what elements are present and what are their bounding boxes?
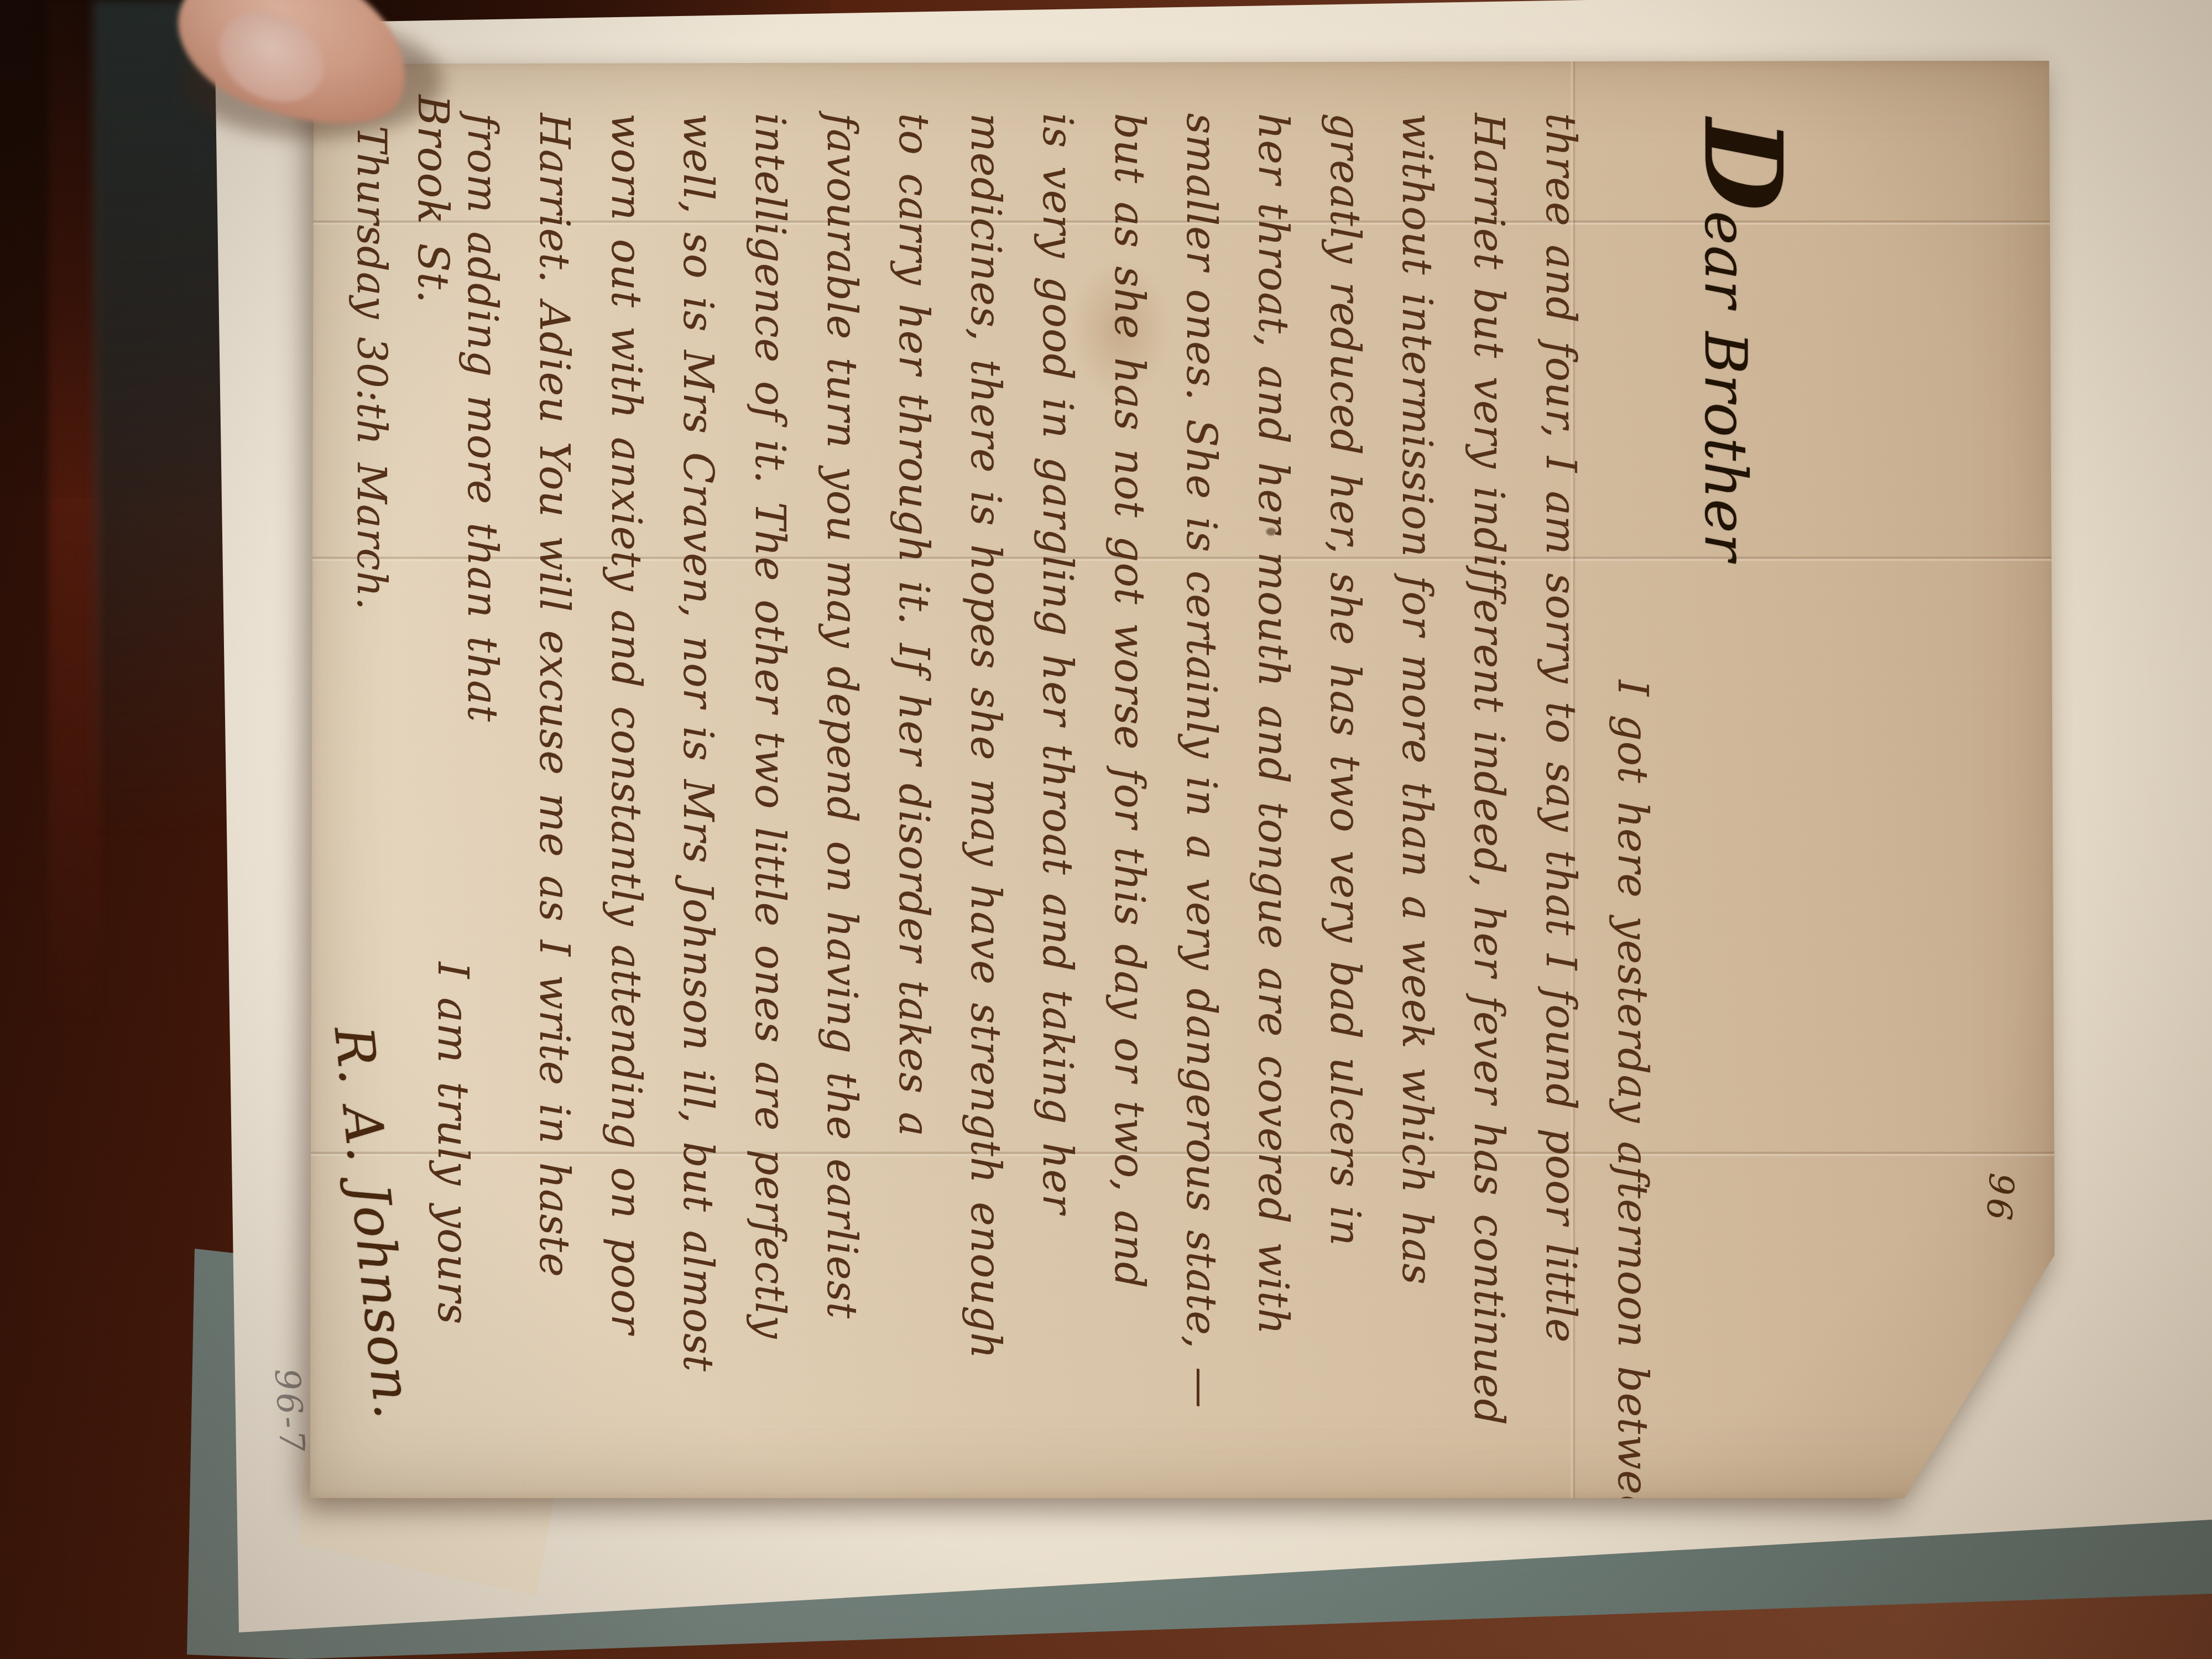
dateline-date: Thursday 30:th March. (348, 126, 395, 611)
letter-line: medicines, there is hopes she may have s… (950, 113, 1021, 1360)
letter-line: intelligence of it. The other two little… (734, 113, 805, 1339)
letter-line: worn out with anxiety and constantly att… (591, 113, 661, 1335)
letter-line: smaller ones. She is certainly in a very… (1166, 113, 1237, 1409)
letter-line: to carry her through it. If her disorder… (878, 113, 949, 1137)
photograph-of-letter: 96-7 96 Dear Brother I got here yesterda… (0, 0, 2212, 1659)
dateline-place: Brook St. (409, 95, 458, 304)
closing-phrase: I am truly yours (429, 962, 478, 1325)
letter-line: Harriet. Adieu You will excuse me as I w… (519, 113, 589, 1277)
letter-line: I got here yesterday afternoon between (1597, 680, 1668, 1547)
letter-line: is very good in gargling her throat and … (1022, 113, 1093, 1214)
letter-paper: 96 Dear Brother I got here yesterday aft… (310, 61, 2055, 1499)
letter-line: greatly reduced her, she has two very ba… (1310, 113, 1380, 1246)
letter-line: Harriet but very indifferent indeed, her… (1453, 113, 1524, 1426)
letter-line: but as she has not got worse for this da… (1094, 113, 1165, 1289)
letter-line: three and four, I am sorry to say that I… (1525, 113, 1596, 1343)
salutation: Dear Brother (1680, 119, 1805, 562)
folio-number: 96 (1978, 1172, 2022, 1225)
letter-line: without intermission for more than a wee… (1381, 113, 1452, 1285)
board-edge-shadow (93, 0, 226, 830)
letter-line: favourable turn you may depend on having… (806, 113, 877, 1319)
signature: R. A. Johnson. (322, 1024, 425, 1422)
letter-line: well, so is Mrs Craven, nor is Mrs Johns… (662, 113, 733, 1373)
letter-line: her throat, and her mouth and tongue are… (1238, 113, 1308, 1335)
